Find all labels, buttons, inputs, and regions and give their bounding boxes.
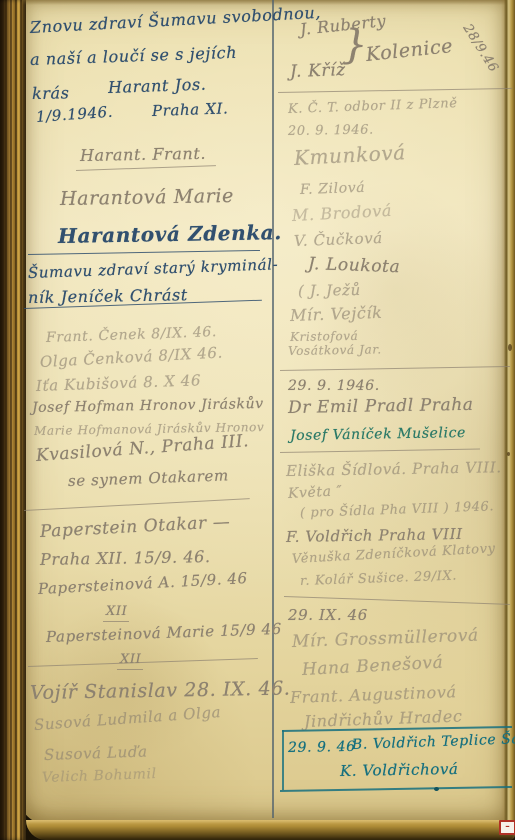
handwritten-line: XII <box>106 604 127 619</box>
handwritten-date: 29. IX. 46 <box>288 606 368 624</box>
handwritten-line: Praha XII. 15/9. 46. <box>40 547 211 569</box>
underline <box>117 669 143 670</box>
signature: Mír. Vejčík <box>290 303 383 325</box>
ink-dot <box>434 787 439 791</box>
scanned-guestbook-page: Znovu zdraví Šumavu svobodnou, a naší a … <box>0 0 515 840</box>
handwritten-date: 29. 9. 46 <box>288 739 356 756</box>
signature: F. Voldřich Praha VIII <box>286 525 463 546</box>
underline <box>103 621 129 622</box>
page-edge-bottom <box>26 820 515 840</box>
signature: Dr Emil Pradl Praha <box>288 395 474 418</box>
signature: ( J. Ježů <box>298 281 361 300</box>
handwritten-date: 20. 9. 1946. <box>288 123 374 139</box>
box-left-line <box>282 730 284 790</box>
signature: Harantová Marie <box>60 185 234 210</box>
signature: Susová Luďa <box>44 742 148 764</box>
signature: Vojíř Stanislav 28. IX. 46. <box>30 677 291 704</box>
page-edge-top <box>22 0 515 5</box>
edge-speck <box>507 452 510 456</box>
handwritten-line: Květa ″ <box>288 483 343 502</box>
handwritten-line: XII <box>120 652 141 667</box>
signature: Harant. Frant. <box>80 144 206 165</box>
signature: Kristofová <box>290 329 359 344</box>
signature: Harantová Zdenka. <box>58 220 282 248</box>
signature: Eliška Šídlová. Praha VIII. <box>286 458 502 480</box>
edge-speck <box>508 344 512 351</box>
signature: Harant Jos. <box>108 75 207 97</box>
signature: F. Zilová <box>300 180 366 198</box>
book-binding <box>0 0 26 840</box>
signature: K. Voldřichová <box>340 760 459 780</box>
handwritten-place: Praha XI. <box>152 99 229 120</box>
minus-marker-icon: – <box>499 820 515 835</box>
handwritten-date: 29. 9. 1946. <box>288 378 380 394</box>
signature: J. Loukota <box>308 254 401 277</box>
signature: V. Čučková <box>294 229 383 250</box>
signature: J. Kříž <box>290 60 346 82</box>
page-edge-right <box>501 0 515 826</box>
signature: Vosátková Jar. <box>288 342 382 358</box>
signature: Josef Váníček Mušelice <box>290 425 466 444</box>
handwritten-line: krás <box>32 83 70 103</box>
